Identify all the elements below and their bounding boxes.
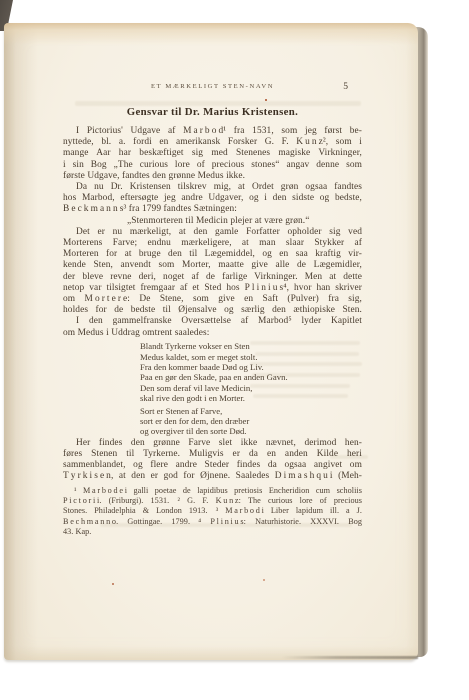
- verse-stanza-1: Blandt Tyrkerne vokser en Sten Medus kal…: [63, 341, 362, 382]
- footnote-line: Stones. Philadelphia & London 1913. ³ M …: [63, 506, 362, 516]
- body-line: I den gammelfranske Oversættelse af Marb…: [63, 316, 362, 327]
- foxing-speck: [112, 583, 114, 585]
- body-line: Da nu Dr. Kristensen tilskrev mig, at Or…: [63, 182, 362, 193]
- body-line: føres Stenen til Tyrkerne. Muligvis er d…: [63, 449, 362, 460]
- body-line: om Medus i Uddrag omtrent saaledes:: [63, 328, 362, 339]
- verse-line: sort er den for dem, den dræber: [140, 416, 362, 426]
- verse-stanza-2: Den som deraf vil lave Medicin, skal riv…: [63, 383, 362, 404]
- body-line: netop var tilsigtet fremgaar af et Sted …: [63, 283, 362, 294]
- page-header: ET MÆRKELIGT STEN-NAVN 5: [63, 83, 362, 93]
- text-column: ET MÆRKELIGT STEN-NAVN 5 Gensvar til Dr.…: [63, 23, 362, 537]
- quotation-line: „Stenmorteren til Medicin plejer at være…: [127, 216, 362, 227]
- verse-line: Paa en gør den Skade, paa en anden Gavn.: [140, 372, 362, 382]
- body-line: kende Sten, anvendt som Morter, maatte g…: [63, 260, 362, 271]
- verse-line: Fra den kommer baade Død og Liv.: [140, 362, 362, 372]
- chapter-title: Gensvar til Dr. Marius Kristensen.: [63, 106, 362, 119]
- body-line: T y r k i s e n, at den er god for Øjnen…: [63, 471, 362, 482]
- verse-line: Sort er Stenen af Farve,: [140, 406, 362, 416]
- body-line: der bleve revne deri, noget af de farlig…: [63, 272, 362, 283]
- body-line: Det er nu mærkeligt, at den gamle Forfat…: [63, 227, 362, 238]
- body-line: sammenblandet, og flere andre Steder fin…: [63, 460, 362, 471]
- footnotes: ¹ M a r b o d e i galli poetae de lapidi…: [63, 486, 362, 537]
- body-line: I Pictorius' Udgave af M a r b o d¹ fra …: [63, 126, 362, 137]
- footnote-line: 43. Kap.: [63, 527, 362, 537]
- verse-stanza-3: Sort er Stenen af Farve, sort er den for…: [63, 406, 362, 437]
- book-page: ET MÆRKELIGT STEN-NAVN 5 Gensvar til Dr.…: [4, 23, 418, 660]
- paragraph-1: I Pictorius' Udgave af M a r b o d¹ fra …: [63, 126, 362, 182]
- body-line: Morterens Farve; endnu mærkeligere, at m…: [63, 238, 362, 249]
- body-line: Her findes den grønne Farve slet ikke næ…: [63, 438, 362, 449]
- running-header: ET MÆRKELIGT STEN-NAVN: [151, 83, 274, 90]
- footnote-line: ¹ M a r b o d e i galli poetae de lapidi…: [63, 486, 362, 496]
- body-line: om M o r t e r e: De Stene, som give en …: [63, 294, 362, 305]
- verse-line: Blandt Tyrkerne vokser en Sten: [140, 341, 362, 351]
- body-line: mange Aar har beskæftiget sig med Stenen…: [63, 148, 362, 159]
- body-line: første Udgave, fandtes den grønne Medus …: [63, 171, 362, 182]
- book-photo: ET MÆRKELIGT STEN-NAVN 5 Gensvar til Dr.…: [0, 0, 469, 700]
- page-number: 5: [343, 82, 348, 92]
- body-line: Morteren for at bruge den til Lægemiddel…: [63, 249, 362, 260]
- footnote-line: P i c t o r i i. (Friburgi). 1531. ² G. …: [63, 496, 362, 506]
- verse-line: og overgiver til den sorte Død.: [140, 426, 362, 436]
- body-line: nyttede, bl. a. fordi en amerikansk Fors…: [63, 137, 362, 148]
- paragraph-3: Det er nu mærkeligt, at den gamle Forfat…: [63, 227, 362, 317]
- verse-line: skal rive den godt i en Morter.: [140, 393, 362, 403]
- body-line: i sin Bog „The curious lore of precious …: [63, 160, 362, 171]
- body-line: B e c k m a n n s³ fra 1799 fandtes Sætn…: [63, 204, 362, 215]
- verse-line: Medus kaldet, som er meget stolt.: [140, 352, 362, 362]
- page-block-edge: [282, 656, 418, 659]
- footnote-line: B e c h m a n n o. Gottingae. 1799. ⁴ P …: [63, 517, 362, 527]
- paragraph-5: Her findes den grønne Farve slet ikke næ…: [63, 438, 362, 483]
- body-line: holdes for de bedste til Øjensalve og sæ…: [63, 305, 362, 316]
- verse-line: Den som deraf vil lave Medicin,: [140, 383, 362, 393]
- paragraph-4: I den gammelfranske Oversættelse af Marb…: [63, 316, 362, 338]
- paragraph-2: Da nu Dr. Kristensen tilskrev mig, at Or…: [63, 182, 362, 216]
- foxing-speck: [263, 579, 265, 581]
- body-line: hos Marbod, eftersøgte jeg andre Udgaver…: [63, 193, 362, 204]
